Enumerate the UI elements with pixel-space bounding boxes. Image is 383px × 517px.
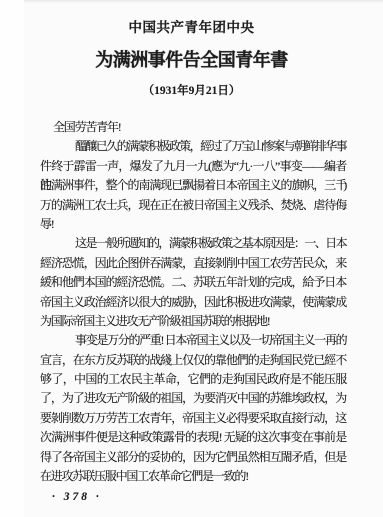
body-line: 帝国主义政治經济以很大的威胁，因此积极进攻满蒙，使满蒙成 [40,293,346,312]
body-line: 宣言，在东方反苏联的战綫上仅仅的靠他們的走狗国民党已經不 [40,351,346,370]
body-line: 事变是万分的严重! 日本帝国主义以及一切帝国主义一再的 [40,331,346,350]
body-line: 次满洲事件便是这种政策露骨的表現! 无疑的这次事变在事前是 [40,428,346,447]
body-line: 为国际帝国主义进攻无产阶級祖国苏联的根据地! [40,312,346,331]
body-line: 这是一般所週知的，满蒙积极政策之基本原因是：一、日本 [40,234,346,253]
body-line: 緩和他們本国的經济恐慌。二、苏联五年計划的完成，給予日本 [40,273,346,292]
body-text: 全国劳苦青年! 醞釀已久的满蒙积极政策，經过了万宝山惨案与朝鲜排华事 件终于霹雷… [40,118,346,486]
body-line: 醞釀已久的满蒙积极政策，經过了万宝山惨案与朝鲜排华事 [40,137,346,156]
body-line: 要剝削数万万劳苦工农青年，帝国主义必得要采取直接行动，这 [40,409,346,428]
body-line: 了，为了进攻无产阶級的祖国，为要消灭中国的苏維埃政权，为 [40,389,346,408]
body-line: 万的满洲工农士兵，现在正在被日帝国主义残杀、焚烧、虐待侮 [40,196,346,215]
org-title: 中国共产青年团中央 [0,16,383,36]
body-line: 辱! [40,215,346,234]
body-line: 件终于霹雷一声，爆发了九月一九(應为“九·一八”事变——編者注) [40,157,346,176]
body-line: 的满洲事件，整个的南满现已飘揚着日本帝国主义的旗帜，三千 [40,176,346,195]
salutation: 全国劳苦青年! [40,118,346,137]
scan-edge-shade [24,0,383,3]
document-page: 中国共产青年团中央 为满洲事件告全国青年書 （1931年9月21日） 全国劳苦青… [0,0,383,517]
page-number: · 378 · [52,491,102,503]
date-line: （1931年9月21日） [0,82,383,98]
body-line: 經济恐慌，因此企图併吞满蒙，直接剝削中国工农劳苦民众，来 [40,254,346,273]
body-line: 得了各帝国主义部分的妥协的，因为它們虽然相互閙矛盾，但是 [40,448,346,467]
main-title: 为满洲事件告全国青年書 [0,46,383,72]
body-line: 在进攻苏联压服中国工农革命它們是一致的! [40,467,346,486]
body-line: 够了，中国的工农民主革命，它們的走狗国民政府是不能压服 [40,370,346,389]
